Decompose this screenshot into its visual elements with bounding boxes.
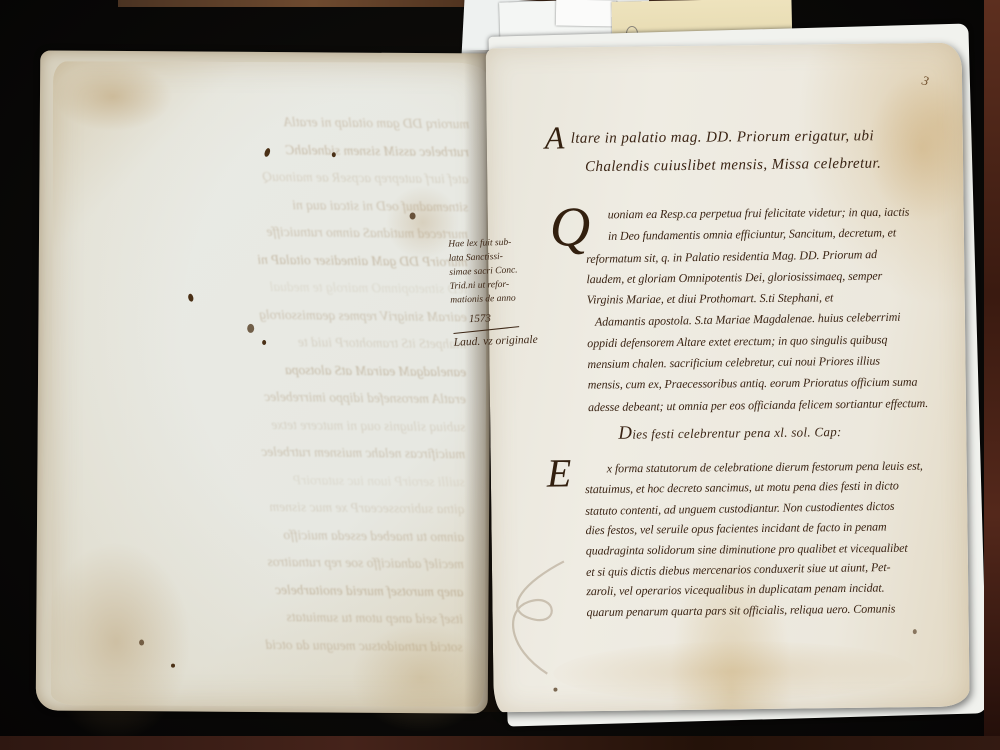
- marginal-note-lines: Hae lex fuit sub-lata Sanctissi-simae sa…: [448, 234, 554, 308]
- paragraph-1: uoniam ea Resp.ca perpetua frui felicita…: [586, 201, 929, 418]
- manuscript-line: uoniam ea Resp.ca perpetua frui felicita…: [608, 202, 926, 226]
- bleedthrough-text: muroirq DD gam oitalap ni eratlArutrbele…: [73, 106, 470, 661]
- rubric-heading: Dies festi celebrentur pena xl. sol. Cap…: [618, 420, 842, 445]
- manuscript-line: mensis, cum ex, Praecessoribus antiq. eo…: [588, 372, 928, 396]
- manuscript-line: quarum penarum quarta pars sit officiali…: [586, 598, 924, 623]
- heading-line: Chalendis cuiuslibet mensis, Missa celeb…: [585, 150, 881, 182]
- bleedthrough-line: sotcid rutnaidotsuc meugnu da otcid: [73, 628, 463, 660]
- marginal-note-year: 1573: [469, 309, 555, 326]
- folio-number: 3: [920, 72, 930, 89]
- manuscript-line: x forma statutorum de celebratione dieru…: [607, 456, 923, 479]
- ink-spot: [247, 324, 254, 333]
- ink-spot: [410, 212, 416, 219]
- para2-initial: E: [547, 453, 572, 493]
- table-edge-bottom: [0, 736, 1000, 750]
- marginal-note-line: mationis de anno: [450, 290, 554, 307]
- marginal-note: Hae lex fuit sub-lata Sanctissi-simae sa…: [448, 234, 556, 350]
- manuscript-photo: muroirq DD gam oitalap ni eratlArutrbele…: [0, 0, 1000, 750]
- ink-spot: [913, 629, 917, 634]
- table-edge-right: [984, 0, 1000, 736]
- ink-spot: [262, 340, 266, 345]
- ink-spot: [139, 640, 144, 646]
- ink-spot: [171, 664, 175, 668]
- left-page: muroirq DD gam oitalap ni eratlArutrbele…: [51, 61, 487, 707]
- ink-spot: [553, 688, 557, 692]
- stain: [553, 639, 914, 703]
- para1-initial: Q: [549, 199, 590, 255]
- loose-paper: [556, 0, 616, 27]
- heading-initial: A: [545, 121, 565, 153]
- bleedthrough-flourish: [494, 555, 586, 686]
- chapter-heading: ltare in palatio mag. DD. Priorum erigat…: [571, 122, 882, 182]
- heading-line: ltare in palatio mag. DD. Priorum erigat…: [571, 122, 881, 153]
- ink-spot: [332, 152, 336, 157]
- right-page: 3 A ltare in palatio mag. DD. Priorum er…: [486, 43, 970, 713]
- manuscript-line: adesse debeant; ut omnia per eos officia…: [588, 393, 928, 418]
- paragraph-2: x forma statutorum de celebratione dieru…: [585, 455, 925, 622]
